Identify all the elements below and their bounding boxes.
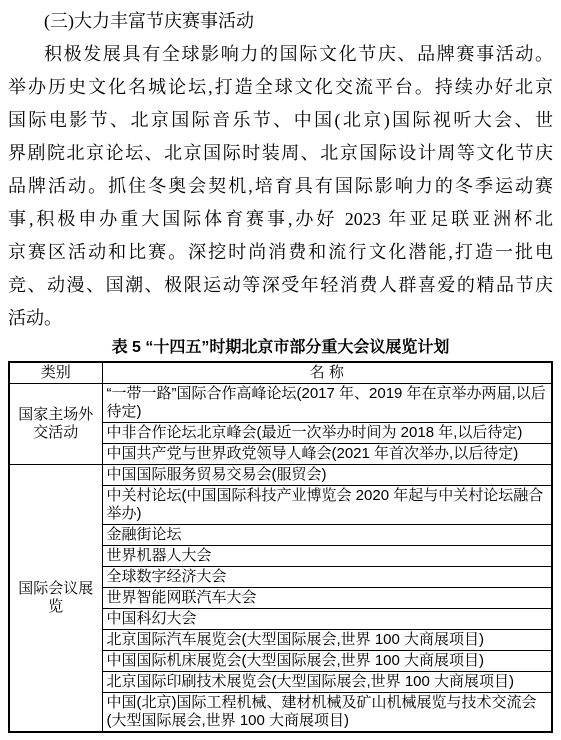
event-name-cell: 中国科幻大会 bbox=[102, 609, 552, 630]
event-name-cell: 中国(北京)国际工程机械、建材机械及矿山机械展览与技术交流会(大型国际展会,世界… bbox=[102, 693, 552, 733]
events-table: 类别 名 称 国家主场外交活动“一带一路”国际合作高峰论坛(2017 年、201… bbox=[8, 361, 553, 733]
events-table-body: 国家主场外交活动“一带一路”国际合作高峰论坛(2017 年、2019 年在京举办… bbox=[9, 384, 552, 733]
event-name-cell: 世界智能网联汽车大会 bbox=[102, 588, 552, 609]
paragraph-line: 积极发展具有全球影响力的国际文化节庆、品牌赛事活动。 bbox=[8, 38, 553, 71]
event-name-cell: 北京国际印刷技术展览会(大型国际展会,世界 100 大商展项目) bbox=[102, 672, 552, 693]
event-name-cell: 世界机器人大会 bbox=[102, 546, 552, 567]
category-cell: 国际会议展览 bbox=[9, 465, 102, 733]
body-paragraph: 积极发展具有全球影响力的国际文化节庆、品牌赛事活动。举办历史文化名城论坛,打造全… bbox=[8, 38, 553, 335]
category-column-header: 类别 bbox=[9, 362, 102, 384]
table-header-row: 类别 名 称 bbox=[9, 362, 552, 384]
section-heading: (三)大力丰富节庆赛事活动 bbox=[8, 5, 553, 38]
document-page: (三)大力丰富节庆赛事活动 积极发展具有全球影响力的国际文化节庆、品牌赛事活动。… bbox=[0, 0, 561, 733]
table-caption: 表 5 “十四五”时期北京市部分重大会议展览计划 bbox=[8, 338, 553, 358]
event-name-cell: 全球数字经济大会 bbox=[102, 567, 552, 588]
table-row: 国际会议展览中国国际服务贸易交易会(服贸会) bbox=[9, 465, 552, 486]
event-name-cell: 中关村论坛(中国国际科技产业博览会 2020 年起与中关村论坛融合举办) bbox=[102, 486, 552, 525]
paragraph-line: 举办历史文化名城论坛,打造全球文化交流平台。持续办好北京 bbox=[8, 71, 553, 104]
event-name-cell: “一带一路”国际合作高峰论坛(2017 年、2019 年在京举办两届,以后待定) bbox=[102, 384, 552, 423]
event-name-cell: 中非合作论坛北京峰会(最近一次举办时间为 2018 年,以后待定) bbox=[102, 423, 552, 444]
paragraph-line: 竞、动漫、国潮、极限运动等深受年轻消费人群喜爱的精品节庆 bbox=[8, 269, 553, 302]
event-name-cell: 中国共产党与世界政党领导人峰会(2021 年首次举办,以后待定) bbox=[102, 444, 552, 465]
category-cell: 国家主场外交活动 bbox=[9, 384, 102, 465]
event-name-cell: 中国国际机床展览会(大型国际展会,世界 100 大商展项目) bbox=[102, 651, 552, 672]
table-row: 国家主场外交活动“一带一路”国际合作高峰论坛(2017 年、2019 年在京举办… bbox=[9, 384, 552, 423]
paragraph-line: 品牌活动。抓住冬奥会契机,培育具有国际影响力的冬季运动赛 bbox=[8, 170, 553, 203]
paragraph-line: 界剧院北京论坛、北京国际时装周、北京国际设计周等文化节庆 bbox=[8, 137, 553, 170]
paragraph-line: 活动。 bbox=[8, 302, 553, 335]
name-column-header: 名 称 bbox=[102, 362, 552, 384]
paragraph-line: 国际电影节、北京国际音乐节、中国(北京)国际视听大会、世 bbox=[8, 104, 553, 137]
event-name-cell: 金融街论坛 bbox=[102, 525, 552, 546]
event-name-cell: 中国国际服务贸易交易会(服贸会) bbox=[102, 465, 552, 486]
paragraph-line: 京赛区活动和比赛。深挖时尚消费和流行文化潜能,打造一批电 bbox=[8, 236, 553, 269]
paragraph-line: 事,积极申办重大国际体育赛事,办好 2023 年亚足联亚洲杯北 bbox=[8, 203, 553, 236]
event-name-cell: 北京国际汽车展览会(大型国际展会,世界 100 大商展项目) bbox=[102, 630, 552, 651]
